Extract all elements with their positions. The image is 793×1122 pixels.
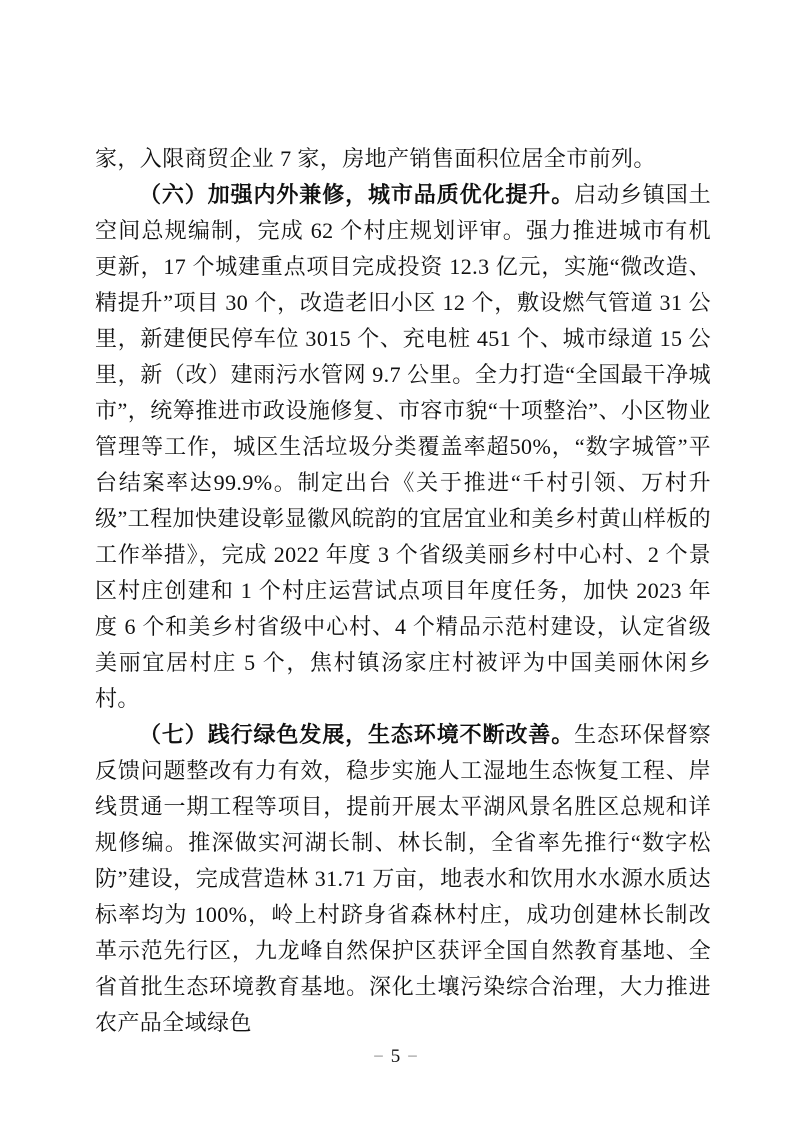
page-number: –5– [0,1042,793,1072]
paragraph-text: 启动乡镇国土空间总规编制，完成 62 个村庄规划评审。强力推进城市有机更新，17… [95,182,711,711]
page-number-left-dash: – [368,1045,391,1064]
section-heading: （七）践行绿色发展，生态环境不断改善。 [139,722,574,747]
paragraph-section-7: （七）践行绿色发展，生态环境不断改善。生态环保督察反馈问题整改有力有效，稳步实施… [95,717,711,1041]
document-page: 家，入限商贸企业 7 家，房地产销售面积位居全市前列。 （六）加强内外兼修，城市… [0,0,793,1122]
page-number-right-dash: – [402,1045,425,1064]
document-body: 家，入限商贸企业 7 家，房地产销售面积位居全市前列。 （六）加强内外兼修，城市… [95,141,711,1041]
page-number-value: 5 [391,1046,403,1067]
section-heading: （六）加强内外兼修，城市品质优化提升。 [139,182,574,207]
paragraph-text: 家，入限商贸企业 7 家，房地产销售面积位居全市前列。 [95,146,656,171]
paragraph-section-6: （六）加强内外兼修，城市品质优化提升。启动乡镇国土空间总规编制，完成 62 个村… [95,177,711,717]
paragraph-text: 生态环保督察反馈问题整改有力有效，稳步实施人工湿地生态恢复工程、岸线贯通一期工程… [95,722,711,1035]
paragraph-continuation: 家，入限商贸企业 7 家，房地产销售面积位居全市前列。 [95,141,711,177]
